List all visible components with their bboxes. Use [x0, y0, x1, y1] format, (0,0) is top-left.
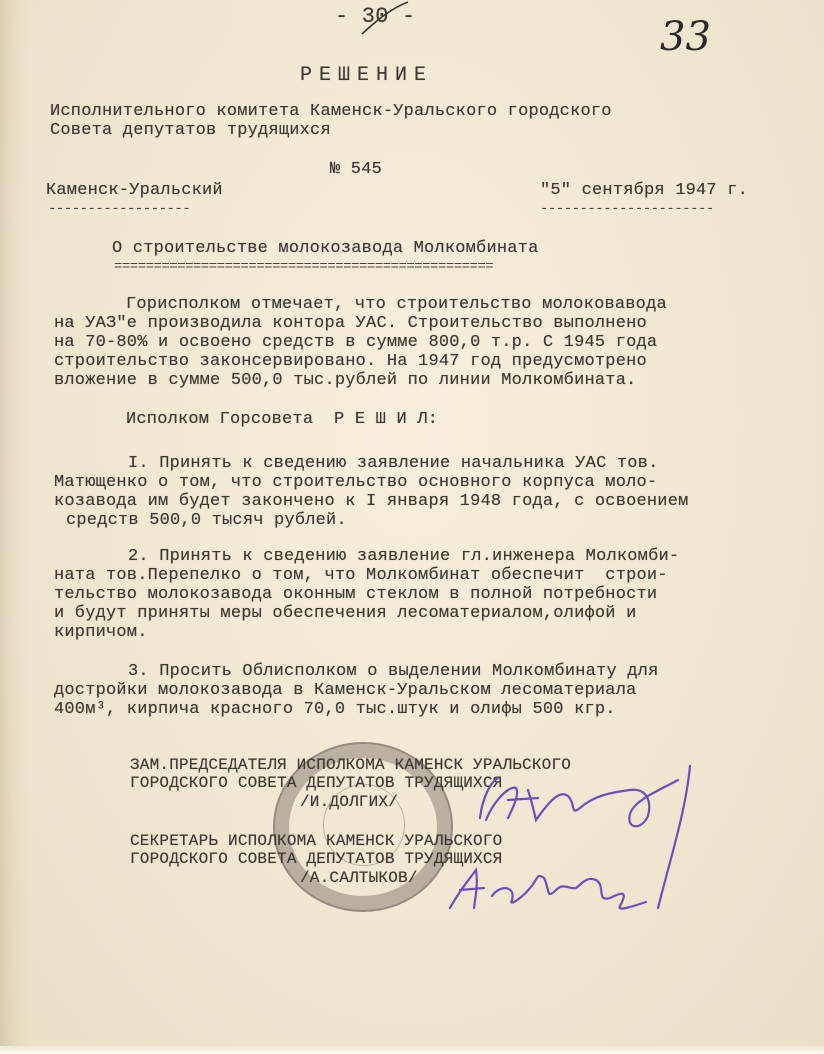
place-underline: ------------------ — [48, 201, 190, 217]
item-2-line-1: 2. Принять к сведению заявление гл.инжен… — [128, 547, 679, 566]
item-2-line-2: ната тов.Перепелко о том, что Молкомбина… — [54, 566, 668, 585]
signatory-2-name: /А.САЛТЫКОВ/ — [300, 869, 418, 888]
preamble-line-5: вложение в сумме 500,0 тыс.рублей по лин… — [54, 371, 637, 390]
decision-number: № 545 — [330, 160, 382, 179]
place-name: Каменск-Уральский — [46, 181, 223, 200]
preamble-line-4: строительство законсервировано. На 1947 … — [54, 352, 647, 371]
decision-intro: Исполком Горсовета Р Е Ш И Л: — [126, 410, 438, 429]
preamble-line-3: на 70-80% и освоено средств в сумме 800,… — [54, 333, 657, 352]
item-1-line-1: I. Принять к сведению заявление начальни… — [128, 454, 659, 473]
signatory-1-name: /И.ДОЛГИХ/ — [300, 793, 398, 812]
preamble-line-1: Горисполком отмечает, что строительство … — [54, 295, 667, 314]
issuer-line-1: Исполнительного комитета Каменск-Уральск… — [50, 102, 612, 121]
item-1-line-3: козавода им будет закончено к I января 1… — [54, 492, 689, 511]
preamble-text-1: Горисполком отмечает, что строительство … — [126, 295, 667, 314]
handwritten-folio-number: 33 — [660, 14, 711, 60]
scan-edge — [0, 1046, 824, 1054]
date-underline: ---------------------- — [540, 201, 714, 217]
document-subject: О строительстве молокозавода Молкомбинат… — [112, 239, 538, 258]
item-2-line-5: кирпичом. — [54, 623, 148, 642]
item-2-line-4: и будут приняты меры обеспечения лесомат… — [54, 604, 637, 623]
item-3-line-1: 3. Просить Облисполком о выделении Молко… — [128, 662, 659, 681]
handwritten-signature-2 — [420, 850, 680, 920]
issuer-line-2: Совета депутатов трудящихся — [50, 121, 331, 140]
document-date: "5" сентября 1947 г. — [540, 181, 748, 200]
preamble-line-2: на УАЗ"е производила контора УАС. Строит… — [54, 314, 647, 333]
item-1-line-2: Матющенко о том, что строительство основ… — [54, 473, 657, 492]
document-title: РЕШЕНИЕ — [300, 64, 433, 87]
pencil-strike-mark — [352, 0, 412, 36]
subject-underline: ========================================… — [114, 259, 493, 275]
item-3-line-2: достройки молокозавода в Каменск-Уральск… — [54, 681, 637, 700]
item-3-line-3: 400м³, кирпича красного 70,0 тыс.штук и … — [54, 700, 616, 719]
item-1-line-4: средств 500,0 тысяч рублей. — [66, 511, 347, 530]
item-2-line-3: тельство молокозавода оконным стеклом в … — [54, 585, 657, 604]
